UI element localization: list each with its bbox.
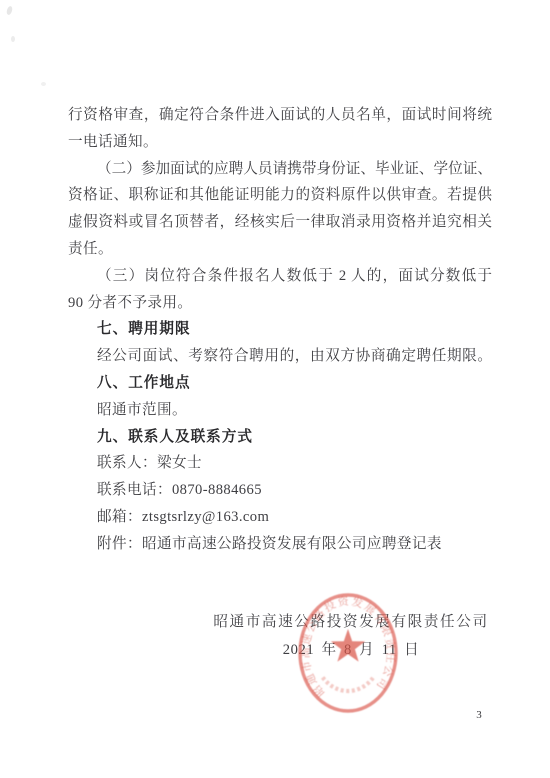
- contact-person-line: 联系人：梁女士: [68, 450, 492, 477]
- signature-block: 昭通市高速公路投资发展有限责任公司 2021 年 8 月 11 日: [210, 609, 492, 664]
- doc-line: 资格证、职称证和其他能证明能力的资料原件以供审查。若提供: [68, 182, 492, 209]
- seal-bottom-marks: [323, 677, 374, 691]
- doc-line-item-2: （二）参加面试的应聘人员请携带身份证、毕业证、学位证、: [68, 156, 492, 183]
- signature-date: 2021 年 8 月 11 日: [210, 637, 492, 665]
- doc-line: 经公司面试、考察符合聘用的，由双方协商确定聘任期限。: [68, 343, 492, 370]
- doc-line: 90 分者不予录用。: [68, 290, 492, 317]
- heading-work-location: 八、工作地点: [68, 370, 492, 397]
- heading-employment-term: 七、聘用期限: [68, 316, 492, 343]
- attachment-line: 附件：昭通市高速公路投资发展有限公司应聘登记表: [68, 531, 492, 558]
- page-number: 3: [472, 709, 486, 721]
- scan-artifact: [6, 5, 14, 15]
- scan-artifact: [41, 82, 46, 86]
- work-location-line: 昭通市范围。: [68, 397, 492, 424]
- doc-line: 一电话通知。: [68, 129, 492, 156]
- doc-line-item-3: （三）岗位符合条件报名人数低于 2 人的，面试分数低于: [68, 263, 492, 290]
- document-body: 行资格审查，确定符合条件进入面试的人员名单，面试时间将统 一电话通知。 （二）参…: [68, 102, 492, 558]
- doc-line: 虚假资料或冒名顶替者，经核实后一律取消录用资格并追究相关: [68, 209, 492, 236]
- signature-company: 昭通市高速公路投资发展有限责任公司: [210, 609, 492, 637]
- heading-contact-info: 九、联系人及联系方式: [68, 424, 492, 451]
- doc-line: 责任。: [68, 236, 492, 263]
- contact-phone-line: 联系电话：0870-8884665: [68, 477, 492, 504]
- doc-line: 行资格审查，确定符合条件进入面试的人员名单，面试时间将统: [68, 102, 492, 129]
- scanned-document-page: 行资格审查，确定符合条件进入面试的人员名单，面试时间将统 一电话通知。 （二）参…: [0, 0, 550, 778]
- contact-email-line: 邮箱：ztsgtsrlzy@163.com: [68, 504, 492, 531]
- scan-artifact: [11, 36, 15, 42]
